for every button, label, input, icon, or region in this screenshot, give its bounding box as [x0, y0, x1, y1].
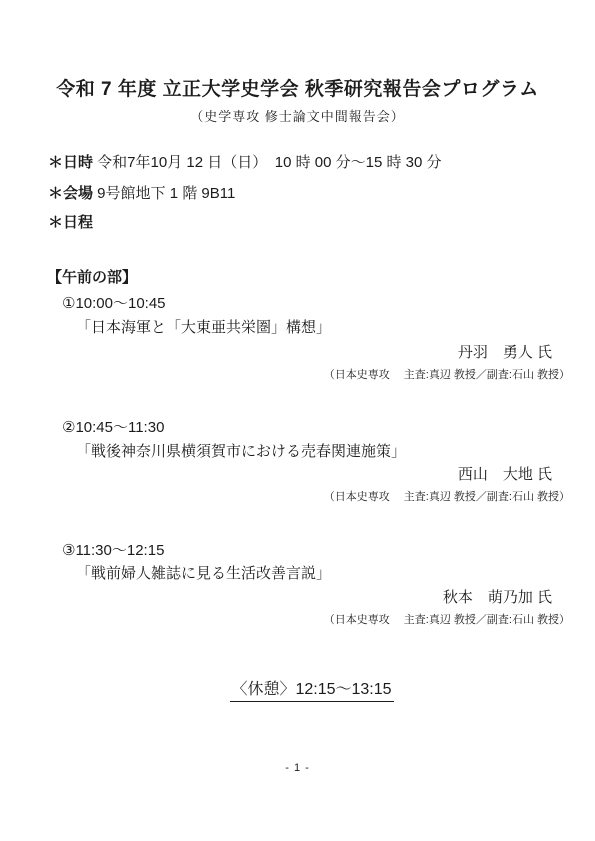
session-3-presenter: 秋本 萌乃加 氏	[443, 588, 552, 608]
venue-value: 9号館地下 1 階 9B11	[93, 185, 235, 202]
datetime-line: ＊日時 令和7年10月 12 日（日） 10 時 00 分～15 時 30 分	[48, 153, 441, 173]
break-note-text: 〈休憩〉12:15～13:15	[229, 676, 393, 702]
session-1-presenter: 丹羽 勇人 氏	[458, 343, 552, 363]
session-3-time: ③11:30～12:15	[62, 541, 164, 561]
session-2-affiliation: （日本史専攻 主査:真辺 教授／副査:石山 教授）	[324, 489, 570, 505]
session-2-presenter: 西山 大地 氏	[458, 465, 552, 485]
document-page: 令和 7 年度 立正大学史学会 秋季研究報告会プログラム （史学専攻 修士論文中…	[0, 0, 595, 841]
document-title: 令和 7 年度 立正大学史学会 秋季研究報告会プログラム	[0, 74, 595, 101]
session-1-time: ①10:00～10:45	[62, 294, 166, 314]
morning-section-heading: 【午前の部】	[47, 268, 137, 288]
break-note: 〈休憩〉12:15～13:15	[229, 676, 393, 702]
session-3-title: 「戦前婦人雑誌に見る生活改善言説」	[76, 564, 331, 584]
page-number: - 1 -	[0, 762, 595, 774]
venue-line: ＊会場 9号館地下 1 階 9B11	[48, 184, 235, 204]
session-2-time: ②10:45～11:30	[62, 418, 164, 438]
session-1-title: 「日本海軍と「大東亜共栄圏」構想」	[76, 318, 331, 338]
session-2-title: 「戦後神奈川県横須賀市における売春関連施策」	[76, 442, 406, 462]
schedule-label: ＊日程	[48, 213, 93, 233]
session-1-affiliation: （日本史専攻 主査:真辺 教授／副査:石山 教授）	[324, 367, 570, 383]
datetime-value: 令和7年10月 12 日（日） 10 時 00 分～15 時 30 分	[93, 154, 441, 171]
document-subtitle: （史学専攻 修士論文中間報告会）	[0, 106, 595, 125]
datetime-label: ＊日時	[48, 154, 93, 171]
venue-label: ＊会場	[48, 185, 93, 202]
session-3-affiliation: （日本史専攻 主査:真辺 教授／副査:石山 教授）	[324, 612, 570, 628]
